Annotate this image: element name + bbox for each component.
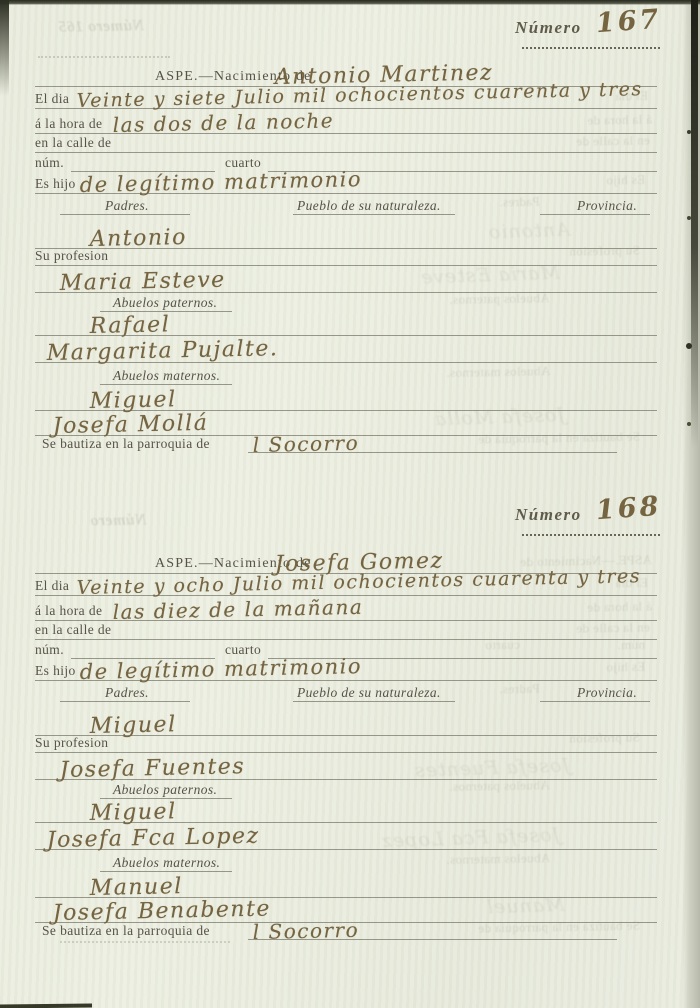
showthrough-label: Abuelos paternos. <box>449 290 550 308</box>
profession-label: Su profesion <box>35 248 108 264</box>
paternal-grandmother-row: Margarita Pujalte. <box>35 338 657 363</box>
showthrough-handwriting: Manuel <box>486 894 565 919</box>
province-header: Provincia. <box>577 685 637 701</box>
maternal-grandfather-name: Miguel <box>89 387 176 414</box>
maternal-grandfather-name: Manuel <box>89 874 183 901</box>
page-edge-specks <box>687 130 691 134</box>
showthrough-label: Se bautiza en la parroquia de <box>478 918 640 937</box>
showthrough-label: Es hijo <box>606 659 646 676</box>
column-headers-row: Padres. Pueblo de su naturaleza. Provinc… <box>35 678 657 702</box>
maternal-grandparents-rule <box>100 384 232 385</box>
paternal-grandparents-header-row: Abuelos paternos. <box>35 775 657 799</box>
showthrough-label: Padres. <box>499 194 540 211</box>
birthplace-header: Pueblo de su naturaleza. <box>297 685 441 701</box>
day-label: El dia <box>35 578 69 594</box>
province-header-rule <box>540 701 650 702</box>
page-edge-left <box>0 0 9 96</box>
paternal-grandmother-row: Josefa Fca Lopez <box>35 825 657 850</box>
showthrough-label: á la hora de <box>587 111 652 128</box>
showthrough-handwriting: Josefa Mollá <box>434 404 566 431</box>
paternal-grandfather-row: Rafael <box>35 311 657 336</box>
maternal-grandparents-header-row: Abuelos maternos. <box>35 361 657 385</box>
baptism-parish: l Socorro <box>252 431 359 457</box>
showthrough-label: cuarto <box>485 637 520 654</box>
numero-label: Número <box>515 18 582 38</box>
day-row: El dia Veinte y ocho Julio mil ochocient… <box>35 571 657 596</box>
showthrough-label: Su profesion <box>569 729 640 746</box>
numero-dotted-rule <box>522 534 660 536</box>
profession-label: Su profesion <box>35 735 108 751</box>
numero-value: 167 <box>595 4 662 39</box>
showthrough-label: en la calle de <box>576 132 650 149</box>
birth-record-168: Número 168 ASPE.—Nacimiento de Josefa Go… <box>0 487 700 974</box>
register-page: Número 165 Número Número 167 ASPE.—Nacim… <box>0 0 700 1008</box>
birthplace-header: Pueblo de su naturaleza. <box>297 198 441 214</box>
paternal-grandfather-name: Rafael <box>89 312 170 339</box>
paternal-grandfather-row: Miguel <box>35 798 657 823</box>
numero-label: Número <box>515 505 582 525</box>
parents-header-rule <box>60 701 190 702</box>
numero-value: 168 <box>595 491 662 526</box>
legitimacy-label: Es hijo <box>35 663 76 679</box>
paternal-grandparents-label: Abuelos paternos. <box>113 782 217 798</box>
profession-row: Su profesion <box>35 728 657 753</box>
province-header: Provincia. <box>577 198 637 214</box>
showthrough-label: Su profesion <box>569 242 640 259</box>
baptism-parish: l Socorro <box>252 918 359 944</box>
baptism-label: Se bautiza en la parroquia de <box>42 436 210 452</box>
maternal-grandparents-rule <box>100 871 232 872</box>
paternal-grandparents-label: Abuelos paternos. <box>113 295 217 311</box>
baptism-label: Se bautiza en la parroquia de <box>42 923 210 939</box>
showthrough-label: El dia <box>615 575 648 592</box>
province-header-rule <box>540 214 650 215</box>
showthrough-handwriting: Antonio <box>488 219 571 244</box>
showthrough-label: Padres. <box>499 681 540 698</box>
day-value: Veinte y siete Julio mil ochocientos cua… <box>77 78 643 112</box>
paternal-grandfather-name: Miguel <box>89 799 176 826</box>
maternal-grandparents-label: Abuelos maternos. <box>113 855 220 871</box>
showthrough-label: Se bautiza en la parroquia de <box>478 429 640 448</box>
parents-header: Padres. <box>105 198 149 214</box>
day-row: El dia Veinte y siete Julio mil ochocien… <box>35 84 657 109</box>
parents-header: Padres. <box>105 685 149 701</box>
paternal-grandparents-header-row: Abuelos paternos. <box>35 288 657 312</box>
showthrough-label: Abuelos maternos. <box>446 850 551 868</box>
birthplace-header-rule <box>293 214 455 215</box>
showthrough-label: ASPE.—Nacimiento de <box>520 552 652 570</box>
profession-row: Su profesion <box>35 241 657 266</box>
page-edge-right-shadow <box>691 0 698 448</box>
birthplace-header-rule <box>293 701 455 702</box>
page-edge-bottom-left <box>0 1004 92 1008</box>
showthrough-label: en la calle de <box>576 619 650 636</box>
maternal-grandparents-header-row: Abuelos maternos. <box>35 848 657 872</box>
maternal-grandparents-label: Abuelos maternos. <box>113 368 220 384</box>
legitimacy-label: Es hijo <box>35 176 76 192</box>
column-headers-row: Padres. Pueblo de su naturaleza. Provinc… <box>35 191 657 215</box>
showthrough-label: á la hora de <box>587 598 652 615</box>
showthrough-label: Abuelos maternos. <box>446 363 551 381</box>
showthrough-label: Es hijo <box>606 172 646 189</box>
birth-record-167: Número 167 ASPE.—Nacimiento de Antonio M… <box>0 0 700 487</box>
day-label: El dia <box>35 91 69 107</box>
showthrough-label: El dia <box>615 88 648 105</box>
page-edge-top <box>0 0 700 5</box>
parents-header-rule <box>60 214 190 215</box>
showthrough-label: núm. <box>617 637 645 653</box>
numero-dotted-rule <box>522 47 660 49</box>
